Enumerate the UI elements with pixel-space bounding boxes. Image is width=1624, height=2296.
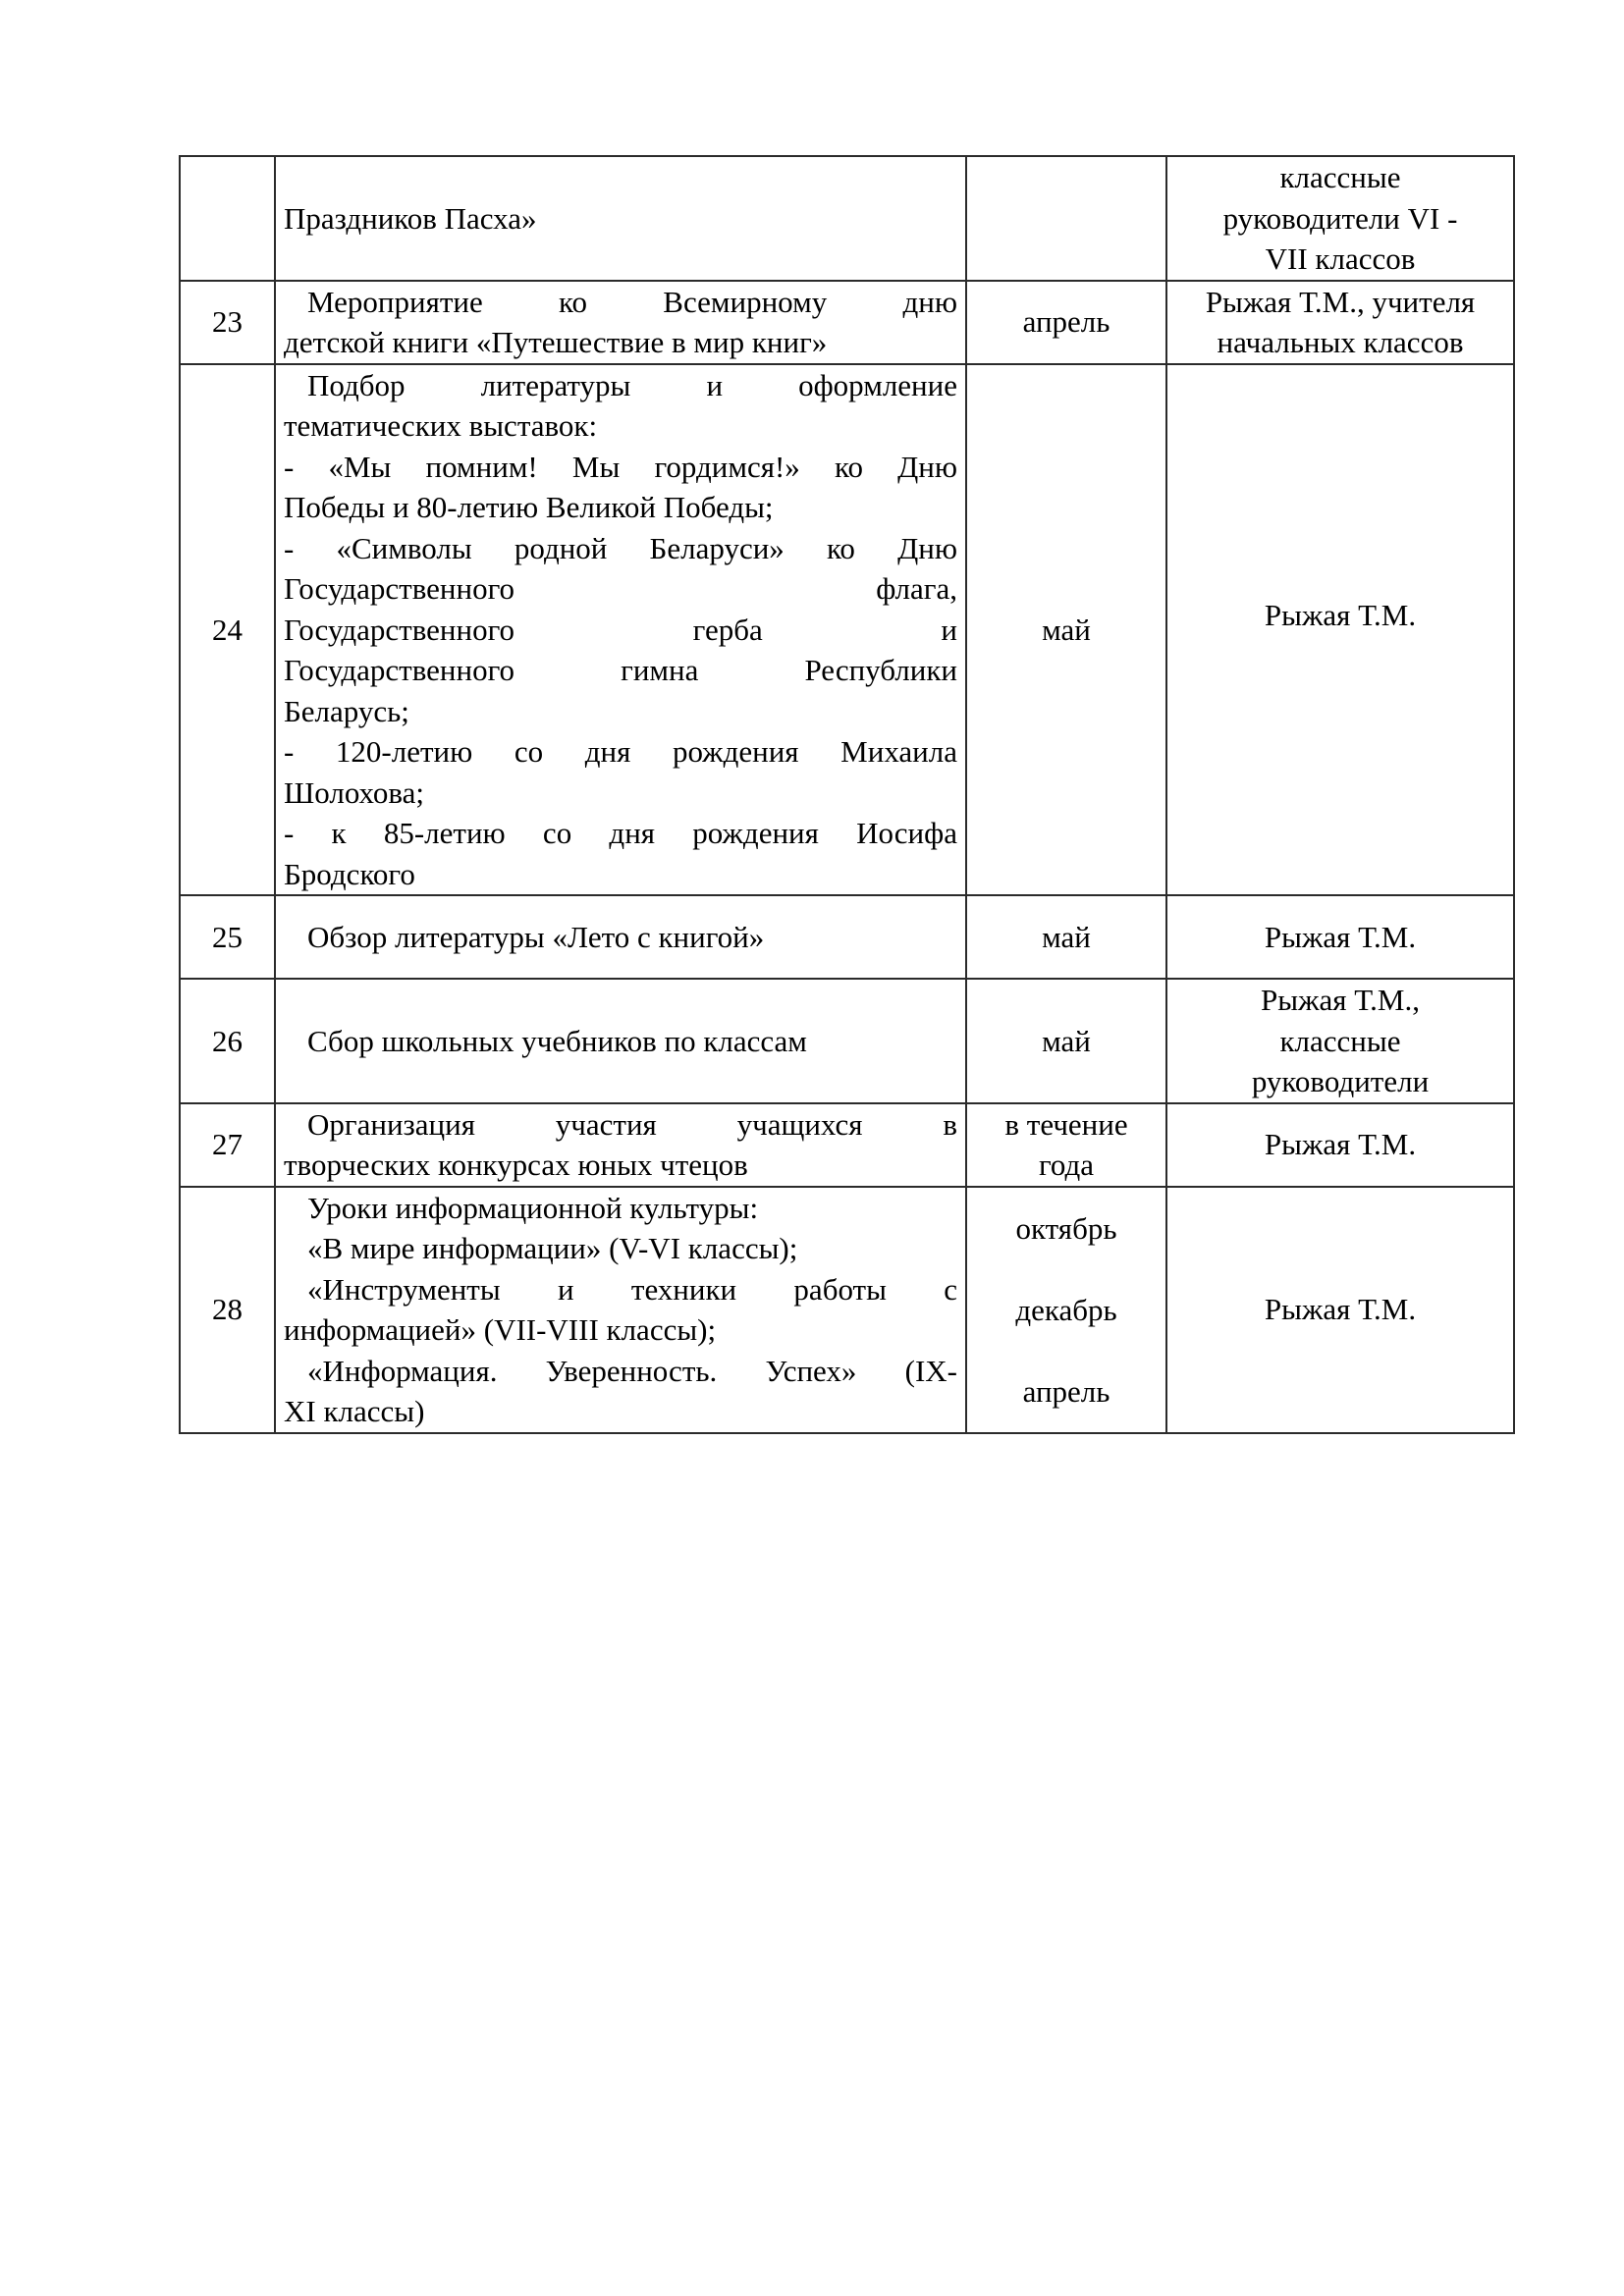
table-row: 26 Сбор школьных учебников по классам ма… <box>180 979 1514 1103</box>
row-number: 23 <box>180 281 275 364</box>
table-row: 23 Мероприятие ко Всемирному дню детской… <box>180 281 1514 364</box>
event-responsible: классные руководители VI - VII классов <box>1166 156 1514 281</box>
event-responsible: Рыжая Т.М. <box>1166 1187 1514 1433</box>
row-number: 28 <box>180 1187 275 1433</box>
event-description: Обзор литературы «Лето с книгой» <box>275 895 966 979</box>
event-responsible: Рыжая Т.М. <box>1166 1103 1514 1187</box>
event-responsible: Рыжая Т.М. <box>1166 895 1514 979</box>
table-row: 27 Организация участия учащихся в творче… <box>180 1103 1514 1187</box>
activity-plan-table: Праздников Пасха» классные руководители … <box>179 155 1515 1434</box>
table-row: 25 Обзор литературы «Лето с книгой» май … <box>180 895 1514 979</box>
table-row: 28 Уроки информационной культуры: «В мир… <box>180 1187 1514 1433</box>
event-responsible: Рыжая Т.М., классные руководители <box>1166 979 1514 1103</box>
event-description: Праздников Пасха» <box>275 156 966 281</box>
event-description: Подбор литературы и оформление тематичес… <box>275 364 966 896</box>
event-description: Мероприятие ко Всемирному дню детской кн… <box>275 281 966 364</box>
event-responsible: Рыжая Т.М., учителя начальных классов <box>1166 281 1514 364</box>
event-date: май <box>966 895 1166 979</box>
event-date: май <box>966 364 1166 896</box>
event-date: май <box>966 979 1166 1103</box>
table-row: 24 Подбор литературы и оформление темати… <box>180 364 1514 896</box>
event-description: Уроки информационной культуры: «В мире и… <box>275 1187 966 1433</box>
event-date: октябрь декабрь апрель <box>966 1187 1166 1433</box>
event-responsible: Рыжая Т.М. <box>1166 364 1514 896</box>
row-number: 27 <box>180 1103 275 1187</box>
row-number <box>180 156 275 281</box>
table-row: Праздников Пасха» классные руководители … <box>180 156 1514 281</box>
event-date <box>966 156 1166 281</box>
event-date: апрель <box>966 281 1166 364</box>
row-number: 24 <box>180 364 275 896</box>
event-description: Организация участия учащихся в творчески… <box>275 1103 966 1187</box>
event-date: в течение года <box>966 1103 1166 1187</box>
row-number: 26 <box>180 979 275 1103</box>
event-description: Сбор школьных учебников по классам <box>275 979 966 1103</box>
row-number: 25 <box>180 895 275 979</box>
